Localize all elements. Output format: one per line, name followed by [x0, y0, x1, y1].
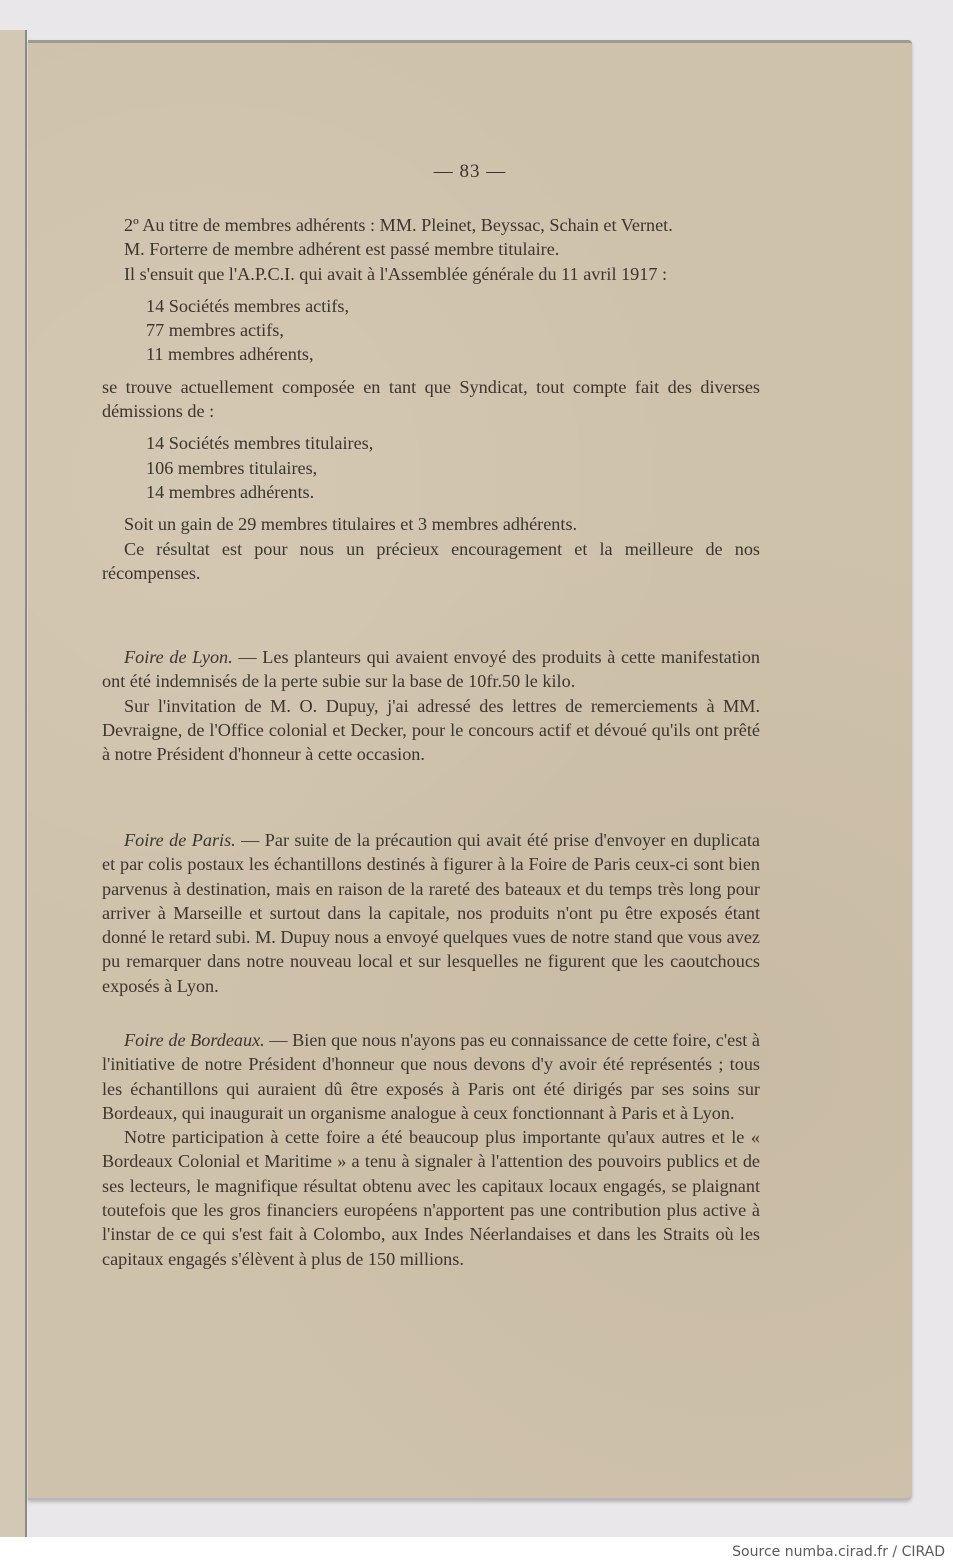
source-credit: Source numba.cirad.fr / CIRAD: [732, 1544, 945, 1560]
membership-list-after: 14 Sociétés membres titulaires, 106 memb…: [146, 431, 760, 504]
list-item: 14 Sociétés membres actifs,: [146, 294, 760, 318]
page-number: — 83 —: [28, 161, 912, 183]
section-title: Foire de Paris.: [124, 830, 236, 850]
membership-list-before: 14 Sociétés membres actifs, 77 membres a…: [146, 294, 760, 367]
section-title: Foire de Bordeaux.: [124, 1030, 265, 1050]
foire-paris-section: Foire de Paris. — Par suite de la précau…: [102, 828, 760, 998]
section-title: Foire de Lyon.: [124, 647, 233, 667]
paragraph: Il s'ensuit que l'A.P.C.I. qui avait à l…: [102, 262, 760, 286]
previous-page-edge: [0, 30, 27, 1537]
foire-lyon-section: Foire de Lyon. — Les planteurs qui avaie…: [102, 645, 760, 766]
paragraph: Ce résultat est pour nous un précieux en…: [102, 537, 760, 586]
list-item: 106 membres titulaires,: [146, 456, 760, 480]
list-item: 11 membres adhérents,: [146, 342, 760, 366]
paragraph: Soit un gain de 29 membres titulaires et…: [102, 512, 760, 536]
membership-section: 2º Au titre de membres adhérents : MM. P…: [102, 213, 760, 585]
paragraph: M. Forterre de membre adhérent est passé…: [102, 237, 760, 261]
list-item: 14 membres adhérents.: [146, 480, 760, 504]
paragraph: Sur l'invitation de M. O. Dupuy, j'ai ad…: [102, 694, 760, 767]
paragraph: Foire de Lyon. — Les planteurs qui avaie…: [102, 645, 760, 694]
paragraph: Foire de Bordeaux. — Bien que nous n'ayo…: [102, 1028, 760, 1125]
paragraph: 2º Au titre de membres adhérents : MM. P…: [102, 213, 760, 237]
list-item: 77 membres actifs,: [146, 318, 760, 342]
document-page: — 83 — 2º Au titre de membres adhérents …: [28, 40, 912, 1500]
paragraph: se trouve actuellement composée en tant …: [102, 375, 760, 424]
paragraph: Notre participation à cette foire a été …: [102, 1125, 760, 1271]
paragraph: Foire de Paris. — Par suite de la précau…: [102, 828, 760, 998]
paragraph-text: — Par suite de la précaution qui avait é…: [102, 830, 760, 996]
list-item: 14 Sociétés membres titulaires,: [146, 431, 760, 455]
foire-bordeaux-section: Foire de Bordeaux. — Bien que nous n'ayo…: [102, 1028, 760, 1271]
